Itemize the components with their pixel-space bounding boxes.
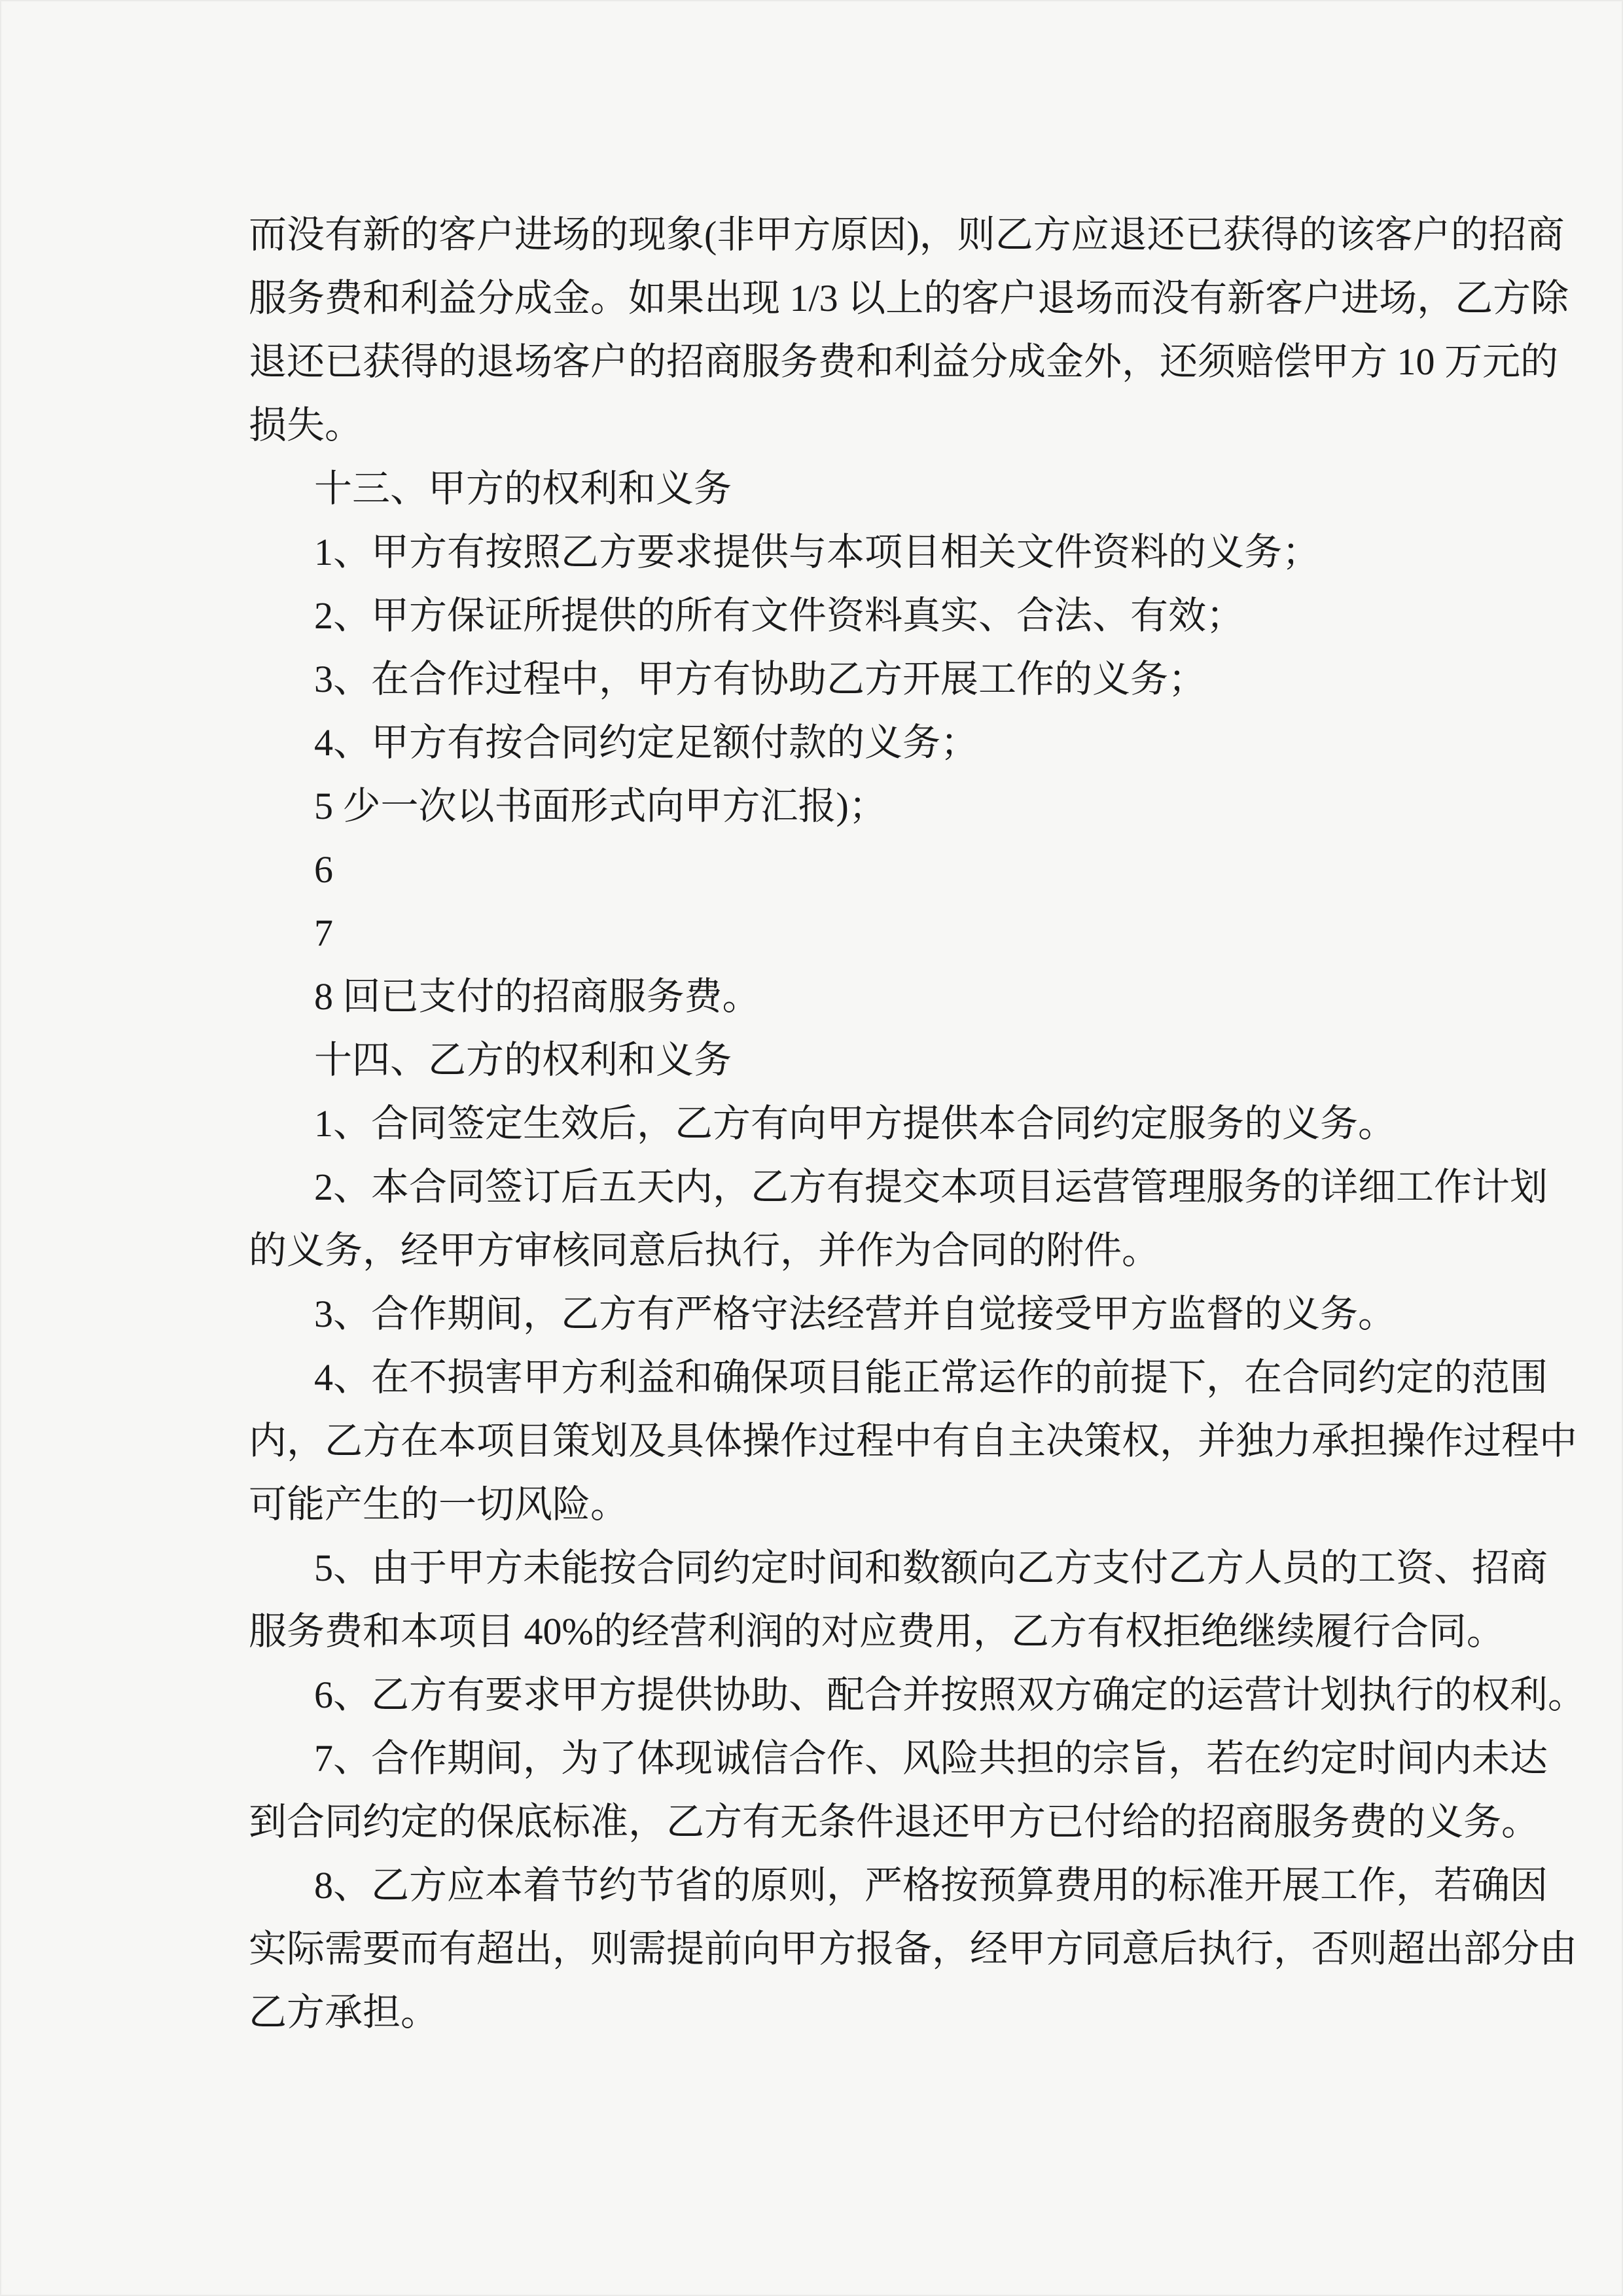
list-item: 1、合同签定生效后，乙方有向甲方提供本合同约定服务的义务。 [249,1092,1543,1155]
text-line: 的义务，经甲方审核同意后执行，并作为合同的附件。 [249,1219,1543,1282]
list-item: 5、由于甲方未能按合同约定时间和数额向乙方支付乙方人员的工资、招商 [249,1536,1543,1600]
text-line: 乙方承担。 [249,1981,1543,2044]
text-line: 而没有新的客户进场的现象(非甲方原因)，则乙方应退还已获得的该客户的招商 [249,203,1543,266]
list-item: 5 少一次以书面形式向甲方汇报)； [249,774,1543,838]
section-heading: 十四、乙方的权利和义务 [249,1028,1543,1092]
list-item: 3、合作期间，乙方有严格守法经营并自觉接受甲方监督的义务。 [249,1282,1543,1346]
list-item: 3、在合作过程中，甲方有协助乙方开展工作的义务； [249,647,1543,711]
text-line: 可能产生的一切风险。 [249,1473,1543,1536]
list-item: 4、在不损害甲方利益和确保项目能正常运作的前提下，在合同约定的范围 [249,1346,1543,1409]
list-item: 7、合作期间，为了体现诚信合作、风险共担的宗旨，若在约定时间内未达 [249,1727,1543,1790]
document-page: 而没有新的客户进场的现象(非甲方原因)，则乙方应退还已获得的该客户的招商 服务费… [0,0,1623,2296]
list-item: 1、甲方有按照乙方要求提供与本项目相关文件资料的义务； [249,520,1543,584]
list-item: 2、本合同签订后五天内，乙方有提交本项目运营管理服务的详细工作计划 [249,1155,1543,1219]
text-line: 内，乙方在本项目策划及具体操作过程中有自主决策权，并独力承担操作过程中 [249,1409,1543,1473]
text-line: 服务费和利益分成金。如果出现 1/3 以上的客户退场而没有新客户进场，乙方除 [249,266,1543,330]
list-item: 8、乙方应本着节约节省的原则，严格按预算费用的标准开展工作，若确因 [249,1854,1543,1917]
text-line: 退还已获得的退场客户的招商服务费和利益分成金外，还须赔偿甲方 10 万元的 [249,330,1543,393]
text-line: 损失。 [249,393,1543,457]
list-item: 8 回已支付的招商服务费。 [249,965,1543,1028]
text-line: 到合同约定的保底标准，乙方有无条件退还甲方已付给的招商服务费的义务。 [249,1790,1543,1854]
text-line: 服务费和本项目 40%的经营利润的对应费用，乙方有权拒绝继续履行合同。 [249,1600,1543,1663]
list-item: 7 [249,901,1543,965]
section-heading: 十三、甲方的权利和义务 [249,457,1543,520]
list-item: 6、乙方有要求甲方提供协助、配合并按照双方确定的运营计划执行的权利。 [249,1663,1543,1727]
list-item: 6 [249,838,1543,901]
list-item: 2、甲方保证所提供的所有文件资料真实、合法、有效； [249,584,1543,647]
list-item: 4、甲方有按合同约定足额付款的义务； [249,711,1543,774]
text-line: 实际需要而有超出，则需提前向甲方报备，经甲方同意后执行，否则超出部分由 [249,1917,1543,1981]
